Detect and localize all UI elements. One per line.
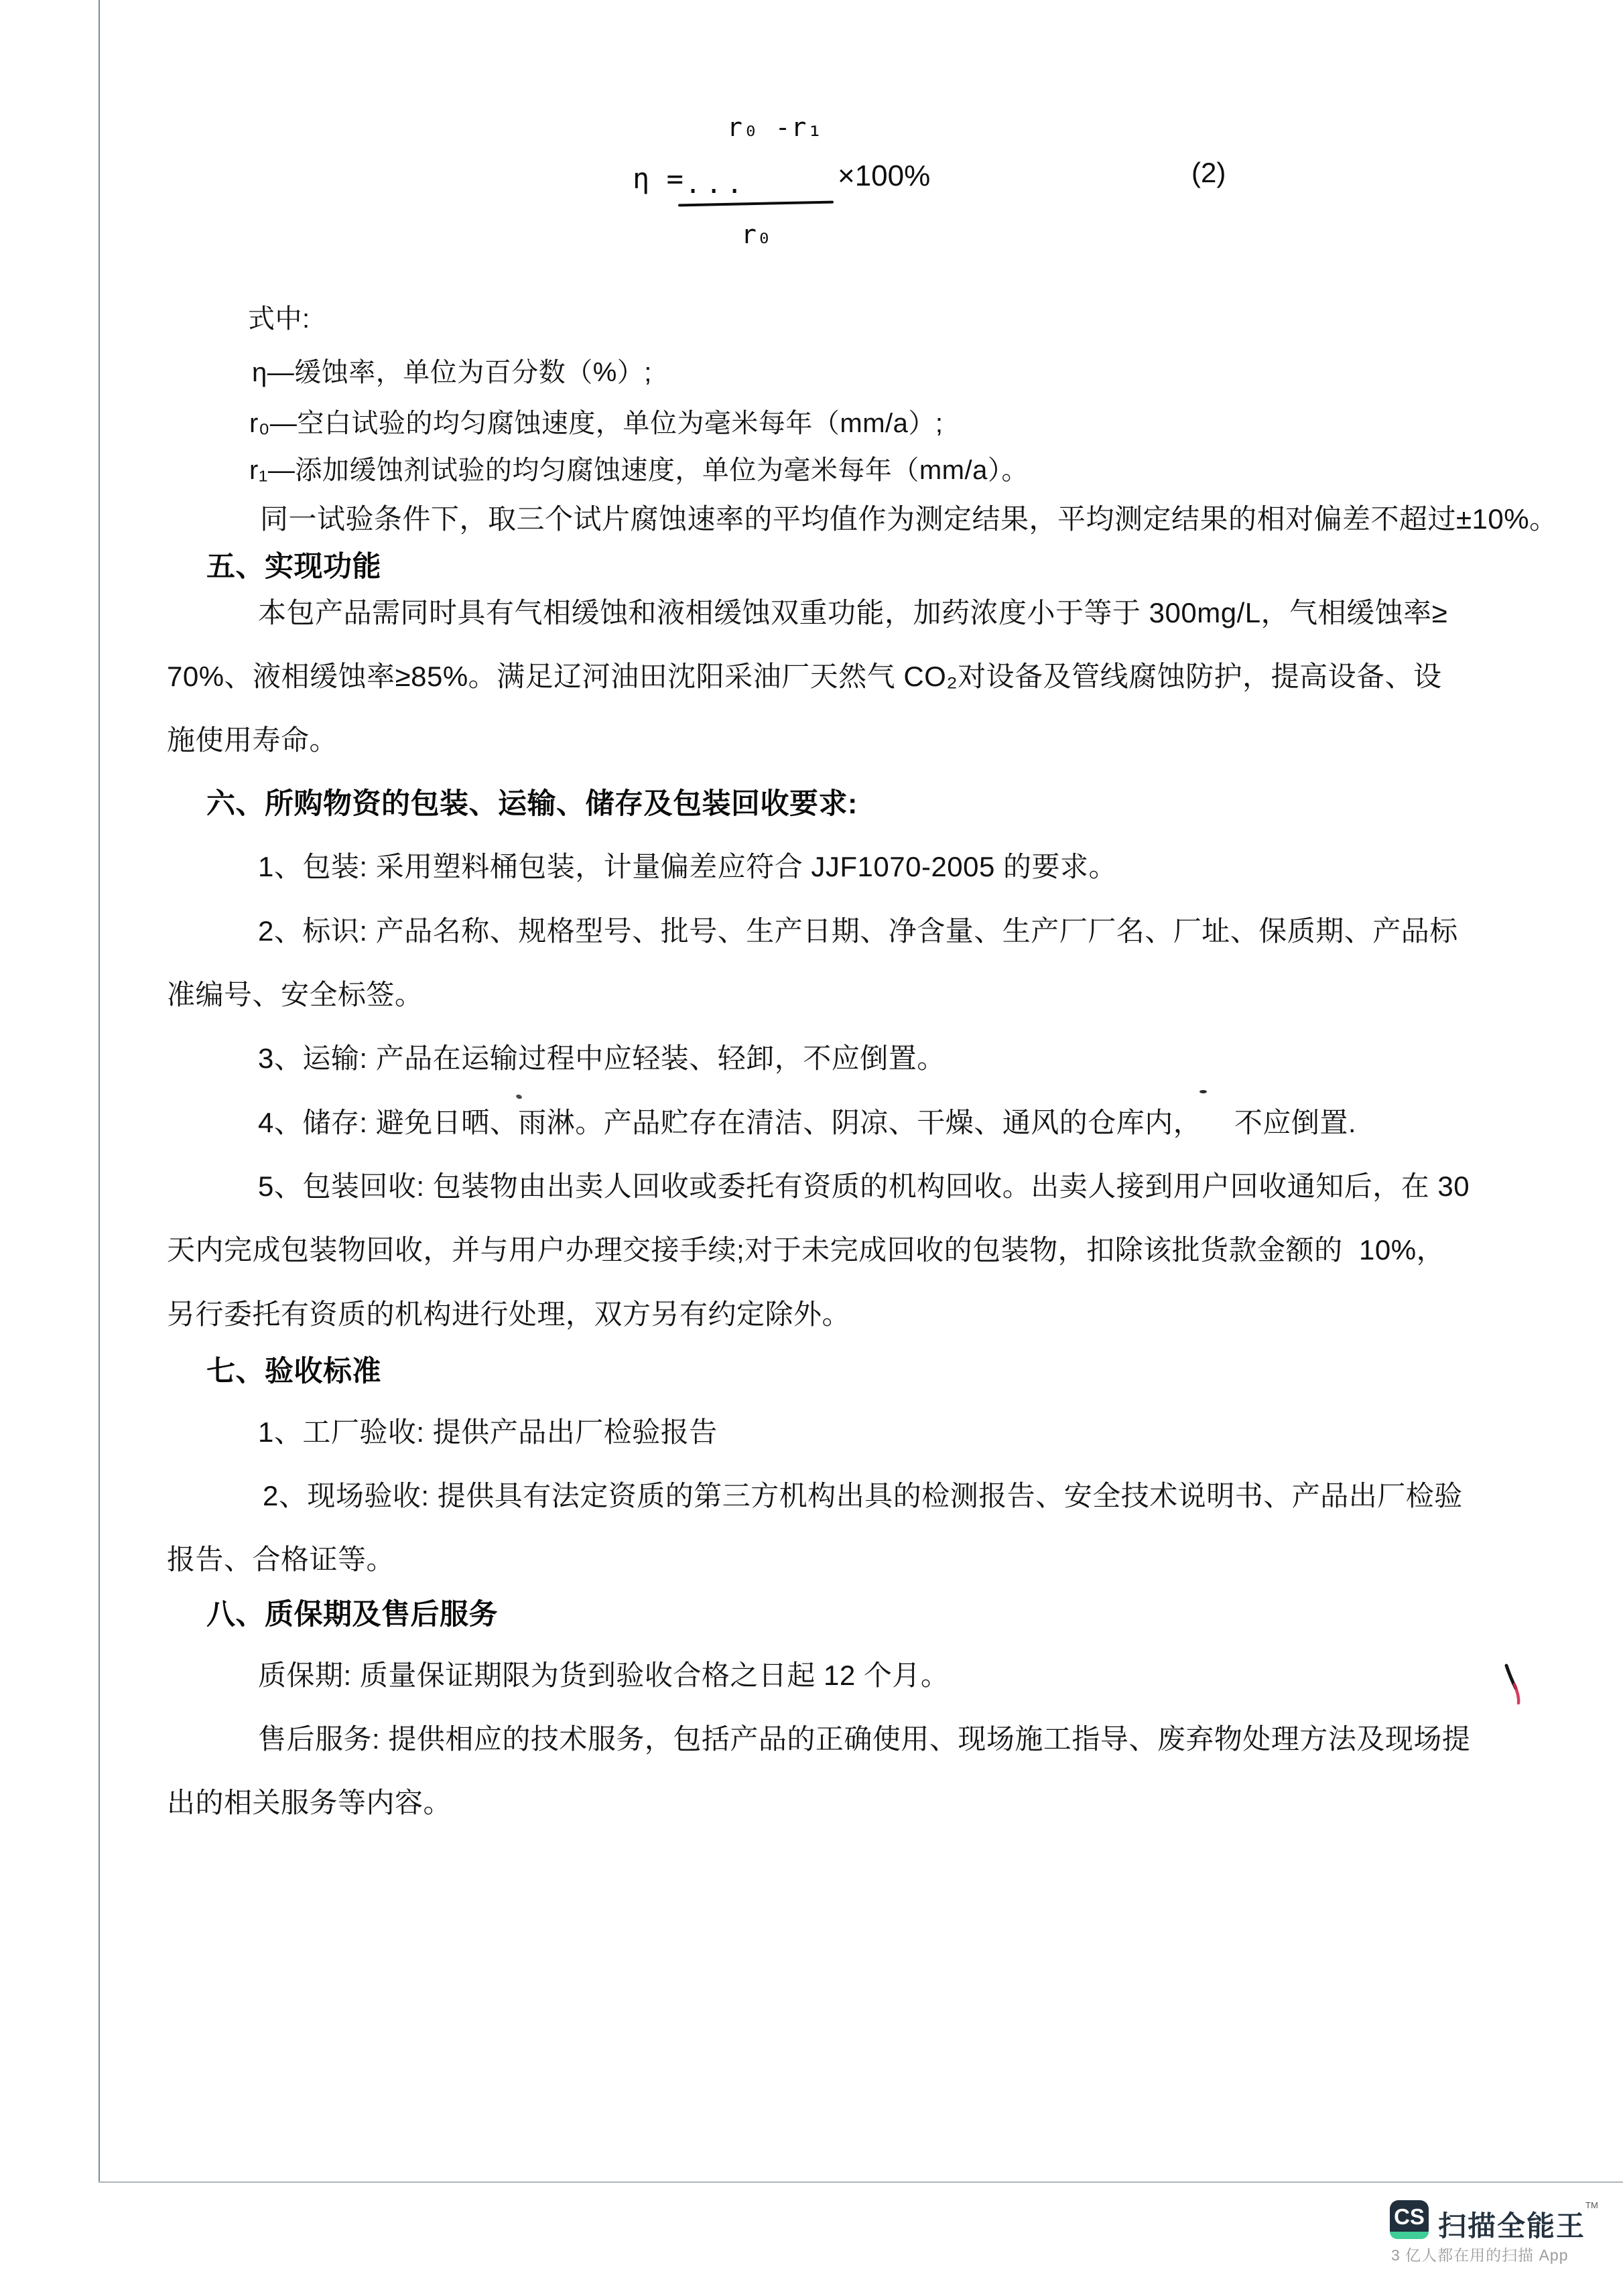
document-line: 售后服务: 提供相应的技术服务，包括产品的正确使用、现场施工指导、废弃物处理方法… xyxy=(258,1717,1470,1757)
document-line: 同一试验条件下，取三个试片腐蚀速率的平均值作为测定结果，平均测定结果的相对偏差不… xyxy=(260,497,1558,537)
camscanner-logo-accent-strip xyxy=(1390,2232,1429,2239)
formula-fraction-bar xyxy=(678,201,834,207)
page-left-edge xyxy=(99,0,100,2182)
document-line: r₀—空白试验的均匀腐蚀速度，单位为毫米每年（mm/a）; xyxy=(249,402,944,440)
camscanner-tagline: 3 亿人都在用的扫描 App xyxy=(1391,2243,1569,2265)
section-heading: 六、所购物资的包装、运输、储存及包装回收要求: xyxy=(206,781,858,822)
formula-multiplier: ×100% xyxy=(838,159,930,193)
formula-numerator: r₀ -r₁ xyxy=(727,113,823,142)
scan-speck-artifact xyxy=(515,1094,523,1100)
camscanner-logo-text: CS xyxy=(1394,2204,1425,2230)
document-line: 式中: xyxy=(248,297,310,336)
document-line: 1、工厂验收: 提供产品出厂检验报告 xyxy=(258,1410,718,1450)
document-line: 出的相关服务等内容。 xyxy=(167,1781,452,1821)
scanned-document-page: r₀ -r₁ η = ... ×100% r₀ (2) 式中:η—缓蚀率，单位为… xyxy=(0,0,1623,2296)
equation-number: (2) xyxy=(1191,157,1226,189)
page-bottom-edge xyxy=(99,2181,1623,2183)
document-line: η—缓蚀率，单位为百分数（%）; xyxy=(252,351,652,389)
document-line: 70%、液相缓蚀率≥85%。满足辽河油田沈阳采油厂天然气 CO₂对设备及管线腐蚀… xyxy=(167,655,1442,695)
document-line: 1、包装: 采用塑料桶包装，计量偏差应符合 JJF1070-2005 的要求。 xyxy=(258,845,1117,885)
trademark-symbol: TM xyxy=(1585,2200,1598,2210)
camscanner-app-name: 扫描全能王 xyxy=(1438,2204,1585,2244)
scan-speck-artifact xyxy=(1199,1090,1207,1093)
document-line: 2、标识: 产品名称、规格型号、批号、生产日期、净含量、生产厂厂名、厂址、保质期… xyxy=(258,909,1458,949)
document-line: 质保期: 质量保证期限为货到验收合格之日起 12 个月。 xyxy=(258,1653,949,1694)
formula-denominator: r₀ xyxy=(741,220,772,249)
section-heading: 七、验收标准 xyxy=(206,1349,381,1390)
pen-mark-artifact xyxy=(1500,1663,1529,1707)
document-line: 报告、合格证等。 xyxy=(167,1538,395,1578)
document-line: 另行委托有资质的机构进行处理，双方另有约定除外。 xyxy=(167,1292,850,1333)
document-line: 3、运输: 产品在运输过程中应轻装、轻卸，不应倒置。 xyxy=(258,1036,946,1077)
section-heading: 五、实现功能 xyxy=(206,544,381,585)
document-line: 施使用寿命。 xyxy=(167,718,338,758)
formula-dots: ... xyxy=(685,169,747,200)
document-line: 4、储存: 避免日晒、雨淋。产品贮存在清洁、阴凉、干燥、通风的仓库内， 不应倒置… xyxy=(258,1101,1356,1141)
document-line: r₁—添加缓蚀剂试验的均匀腐蚀速度，单位为毫米每年（mm/a）。 xyxy=(249,449,1029,487)
section-heading: 八、质保期及售后服务 xyxy=(206,1592,498,1633)
document-line: 准编号、安全标签。 xyxy=(167,973,424,1013)
document-line: 5、包装回收: 包装物由出卖人回收或委托有资质的机构回收。出卖人接到用户回收通知… xyxy=(258,1164,1470,1205)
camscanner-logo-icon: CS xyxy=(1390,2200,1429,2239)
document-line: 天内完成包装物回收，并与用户办理交接手续;对于未完成回收的包装物，扣除该批货款金… xyxy=(167,1228,1445,1268)
document-line: 本包产品需同时具有气相缓蚀和液相缓蚀双重功能，加药浓度小于等于 300mg/L，… xyxy=(258,591,1447,631)
formula-lhs: η = xyxy=(633,162,684,195)
document-line: 2、现场验收: 提供具有法定资质的第三方机构出具的检测报告、安全技术说明书、产品… xyxy=(263,1474,1463,1514)
